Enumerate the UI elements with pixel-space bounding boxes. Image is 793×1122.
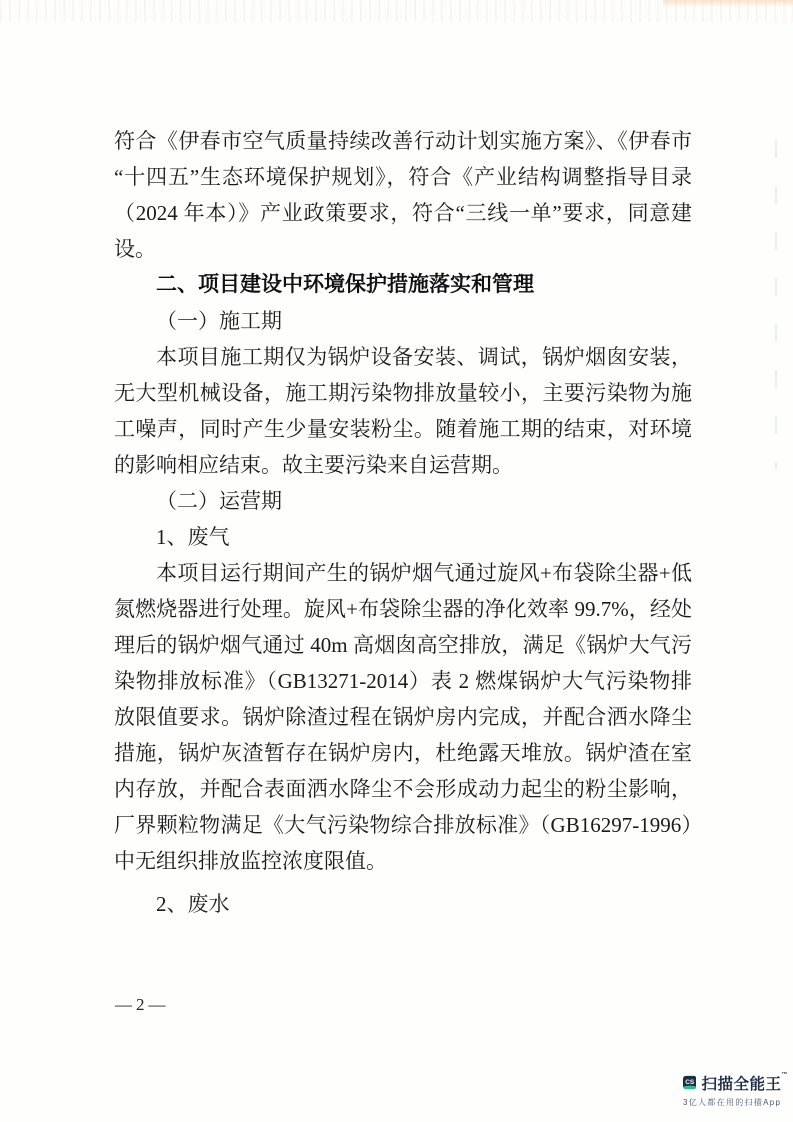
- trademark-symbol: ™: [782, 1072, 789, 1078]
- camscanner-brand-row: CS 扫描全能王™: [683, 1071, 788, 1094]
- item-heading-waste-water: 2、废水: [114, 886, 692, 922]
- camscanner-watermark: CS 扫描全能王™ 3亿人都在用的扫描App: [683, 1071, 788, 1108]
- document-body: 符合《伊春市空气质量持续改善行动计划实施方案》、《伊春市“十四五”生态环境保护规…: [114, 123, 692, 922]
- body-paragraph-continued: 符合《伊春市空气质量持续改善行动计划实施方案》、《伊春市“十四五”生态环境保护规…: [114, 123, 692, 267]
- subsection-heading-operation-period: （二）运营期: [114, 483, 692, 519]
- body-paragraph-waste-gas: 本项目运行期间产生的锅炉烟气通过旋风+布袋除尘器+低氮燃烧器进行处理。旋风+布袋…: [114, 555, 692, 879]
- body-paragraph-construction: 本项目施工期仅为锅炉设备安装、调试，锅炉烟囱安装，无大型机械设备，施工期污染物排…: [114, 339, 692, 483]
- camscanner-logo-icon: CS: [683, 1071, 696, 1094]
- scan-artifact-right-edge: [775, 140, 777, 470]
- scanned-document-page: 符合《伊春市空气质量持续改善行动计划实施方案》、《伊春市“十四五”生态环境保护规…: [0, 0, 793, 1122]
- subsection-heading-construction-period: （一）施工期: [114, 303, 692, 339]
- page-number: —2—: [115, 995, 170, 1015]
- camscanner-logo-letters: CS: [685, 1079, 695, 1086]
- section-heading: 二、项目建设中环境保护措施落实和管理: [114, 267, 692, 303]
- camscanner-tagline: 3亿人都在用的扫描App: [683, 1097, 788, 1108]
- camscanner-brand-name: 扫描全能王™: [701, 1072, 788, 1094]
- scan-artifact-corner: [663, 0, 793, 7]
- item-heading-waste-gas: 1、废气: [114, 519, 692, 555]
